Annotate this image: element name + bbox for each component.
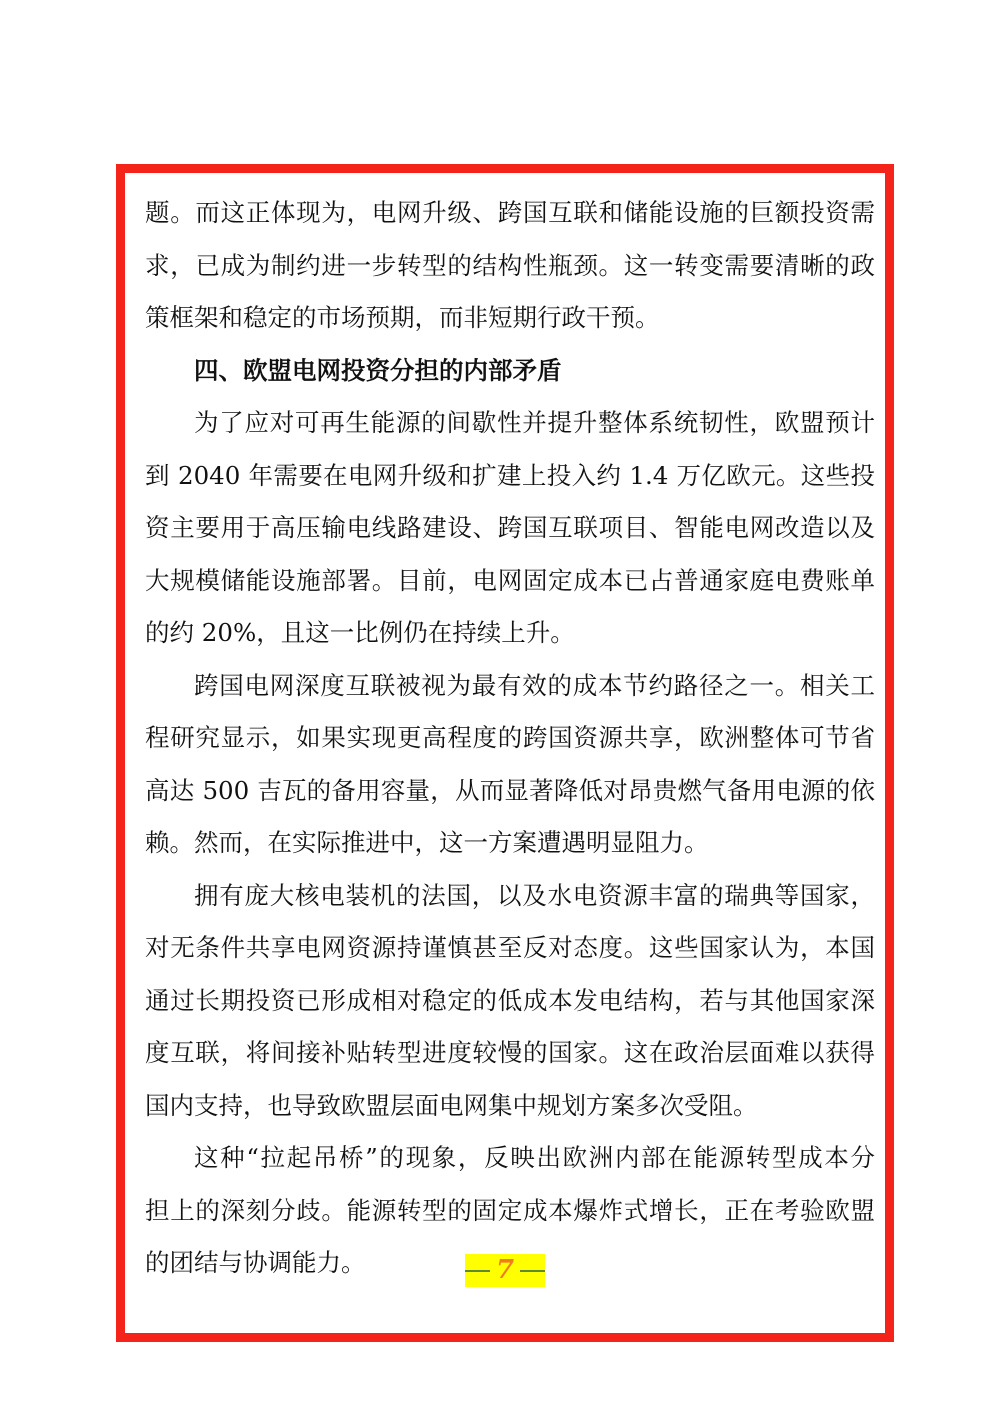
text-line: 策框架和稳定的市场预期，而非短期行政干预。 bbox=[145, 292, 875, 345]
paragraph-interconnection: 跨国电网深度互联被视为最有效的成本节约路径之一。相关工 程研究显示，如果实现更高… bbox=[145, 660, 875, 870]
heading-text: 四、欧盟电网投资分担的内部矛盾 bbox=[145, 345, 875, 398]
page-number: 7 bbox=[465, 1254, 545, 1287]
text-line: 高达 500 吉瓦的备用容量，从而显著降低对昂贵燃气备用电源的依 bbox=[145, 765, 875, 818]
text-line: 赖。然而，在实际推进中，这一方案遭遇明显阻力。 bbox=[145, 817, 875, 870]
dash-left-icon bbox=[465, 1270, 490, 1272]
text-line: 对无条件共享电网资源持谨慎甚至反对态度。这些国家认为，本国 bbox=[145, 922, 875, 975]
text-line: 通过长期投资已形成相对稳定的低成本发电结构，若与其他国家深 bbox=[145, 975, 875, 1028]
text-line: 这种“拉起吊桥”的现象，反映出欧洲内部在能源转型成本分 bbox=[145, 1132, 875, 1185]
document-body: 题。而这正体现为，电网升级、跨国互联和储能设施的巨额投资需 求，已成为制约进一步… bbox=[145, 187, 875, 1290]
text-line: 度互联，将间接补贴转型进度较慢的国家。这在政治层面难以获得 bbox=[145, 1027, 875, 1080]
page-number-value: 7 bbox=[496, 1254, 514, 1287]
text-line: 拥有庞大核电装机的法国，以及水电资源丰富的瑞典等国家， bbox=[145, 870, 875, 923]
text-line: 跨国电网深度互联被视为最有效的成本节约路径之一。相关工 bbox=[145, 660, 875, 713]
text-line: 国内支持，也导致欧盟层面电网集中规划方案多次受阻。 bbox=[145, 1080, 875, 1133]
text-line: 大规模储能设施部署。目前，电网固定成本已占普通家庭电费账单 bbox=[145, 555, 875, 608]
paragraph-national-positions: 拥有庞大核电装机的法国，以及水电资源丰富的瑞典等国家， 对无条件共享电网资源持谨… bbox=[145, 870, 875, 1133]
text-line: 担上的深刻分歧。能源转型的固定成本爆炸式增长，正在考验欧盟 bbox=[145, 1185, 875, 1238]
text-line: 题。而这正体现为，电网升级、跨国互联和储能设施的巨额投资需 bbox=[145, 187, 875, 240]
text-line: 到 2040 年需要在电网升级和扩建上投入约 1.4 万亿欧元。这些投 bbox=[145, 450, 875, 503]
text-line: 的约 20%，且这一比例仍在持续上升。 bbox=[145, 607, 875, 660]
dash-right-icon bbox=[520, 1270, 545, 1272]
text-line: 求，已成为制约进一步转型的结构性瓶颈。这一转变需要清晰的政 bbox=[145, 240, 875, 293]
page-frame: 题。而这正体现为，电网升级、跨国互联和储能设施的巨额投资需 求，已成为制约进一步… bbox=[116, 164, 894, 1342]
paragraph-investment: 为了应对可再生能源的间歇性并提升整体系统韧性，欧盟预计 到 2040 年需要在电… bbox=[145, 397, 875, 660]
text-line: 程研究显示，如果实现更高程度的跨国资源共享，欧洲整体可节省 bbox=[145, 712, 875, 765]
text-line: 资主要用于高压输电线路建设、跨国互联项目、智能电网改造以及 bbox=[145, 502, 875, 555]
section-heading: 四、欧盟电网投资分担的内部矛盾 bbox=[145, 345, 875, 398]
text-line: 为了应对可再生能源的间歇性并提升整体系统韧性，欧盟预计 bbox=[145, 397, 875, 450]
paragraph-continuation: 题。而这正体现为，电网升级、跨国互联和储能设施的巨额投资需 求，已成为制约进一步… bbox=[145, 187, 875, 345]
